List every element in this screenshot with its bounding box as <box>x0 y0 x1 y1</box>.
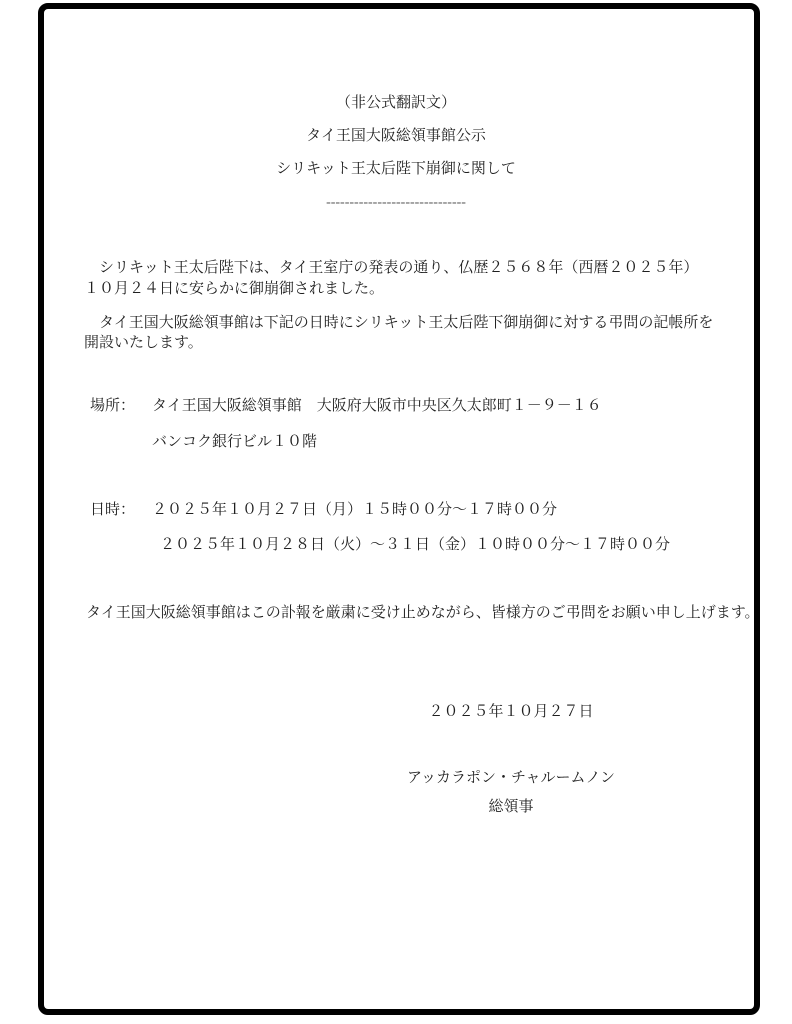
signature-date: ２０２５年１０月２７日 <box>326 701 696 723</box>
datetime-label: 日時： <box>90 499 152 521</box>
unofficial-translation-note: （非公式翻訳文） <box>0 92 792 114</box>
datetime-line-1: ２０２５年１０月２７日（月）１５時００分～１７時００分 <box>152 499 557 521</box>
paragraph-2-line-2: 開設いたします。 <box>84 332 203 354</box>
place-address-line-2: バンコク銀行ビル１０階 <box>152 431 317 453</box>
signature-name: アッカラポン・チャルームノン <box>326 767 696 789</box>
paragraph-1-line-1: シリキット王太后陛下は、タイ王室庁の発表の通り、仏歴２５６８年（西暦２０２５年） <box>84 257 698 279</box>
datetime-row: 日時： ２０２５年１０月２７日（月）１５時００分～１７時００分 <box>90 499 750 521</box>
datetime-line-2: ２０２５年１０月２８日（火）～３１日（金）１０時００分～１７時００分 <box>160 534 670 556</box>
place-address-line-1: タイ王国大阪総領事館 大阪府大阪市中央区久太郎町１－９－１６ <box>152 395 602 417</box>
paragraph-2-line-1: タイ王国大阪総領事館は下記の日時にシリキット王太后陛下御崩御に対する弔問の記帳所… <box>84 312 713 334</box>
header-divider-dashes: ------------------------------ <box>0 192 792 214</box>
notice-document-page: （非公式翻訳文） タイ王国大阪総領事館公示 シリキット王太后陛下崩御に関して -… <box>0 0 792 1024</box>
place-label: 場所： <box>90 395 152 417</box>
signature-title: 総領事 <box>326 796 696 818</box>
paragraph-1-line-2: １０月２４日に安らかに御崩御されました。 <box>84 278 384 300</box>
place-row: 場所： タイ王国大阪総領事館 大阪府大阪市中央区久太郎町１－９－１６ <box>90 395 750 417</box>
document-subject: シリキット王太后陛下崩御に関して <box>0 158 792 180</box>
closing-statement: タイ王国大阪総領事館はこの訃報を厳粛に受け止めながら、皆様方のご弔問をお願い申し… <box>86 602 760 624</box>
document-title: タイ王国大阪総領事館公示 <box>0 125 792 147</box>
